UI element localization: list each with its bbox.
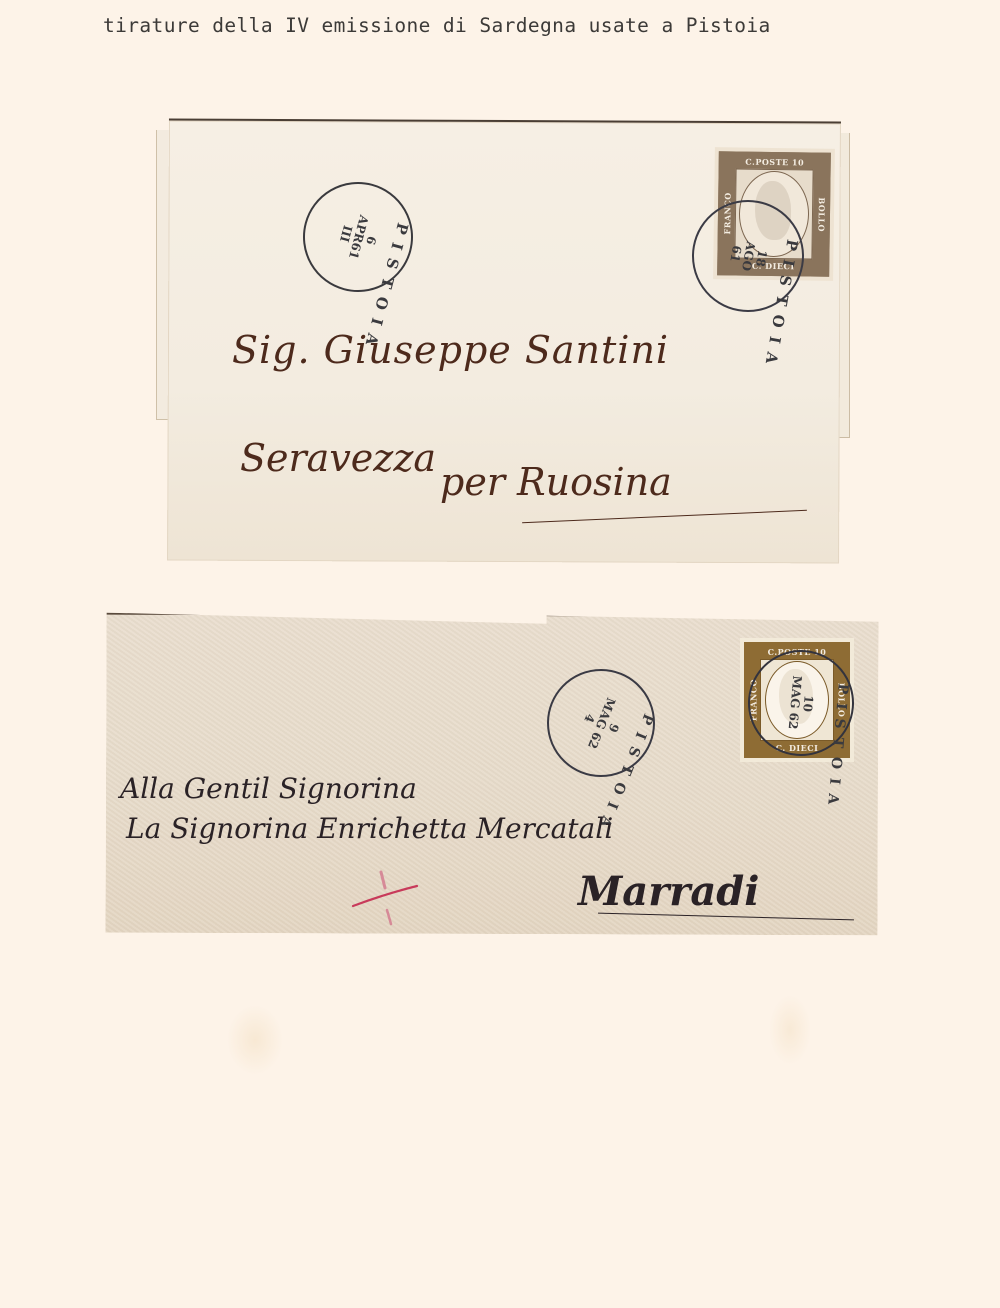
- address-line-3: Marradi: [578, 868, 759, 915]
- postmark-date: 10 MAG 62: [786, 675, 817, 731]
- postmark-date: 18 AGO 61: [726, 238, 770, 274]
- manuscript-cross-mark: [345, 862, 425, 932]
- address-line-2: La Signorina Enrichetta Mercatali: [126, 812, 613, 845]
- postmark-date: 9 MAG 62 4: [573, 691, 629, 755]
- address-line-1: Alla Gentil Signorina: [120, 772, 417, 805]
- address-line-3: per Ruosina: [440, 460, 672, 504]
- address-line-2: Seravezza: [240, 436, 436, 480]
- postmark-date: 6 APR61 III: [333, 210, 382, 264]
- page-title: tirature della IV emissione di Sardegna …: [103, 14, 771, 37]
- address-line-1: Sig. Giuseppe Santini: [232, 328, 669, 372]
